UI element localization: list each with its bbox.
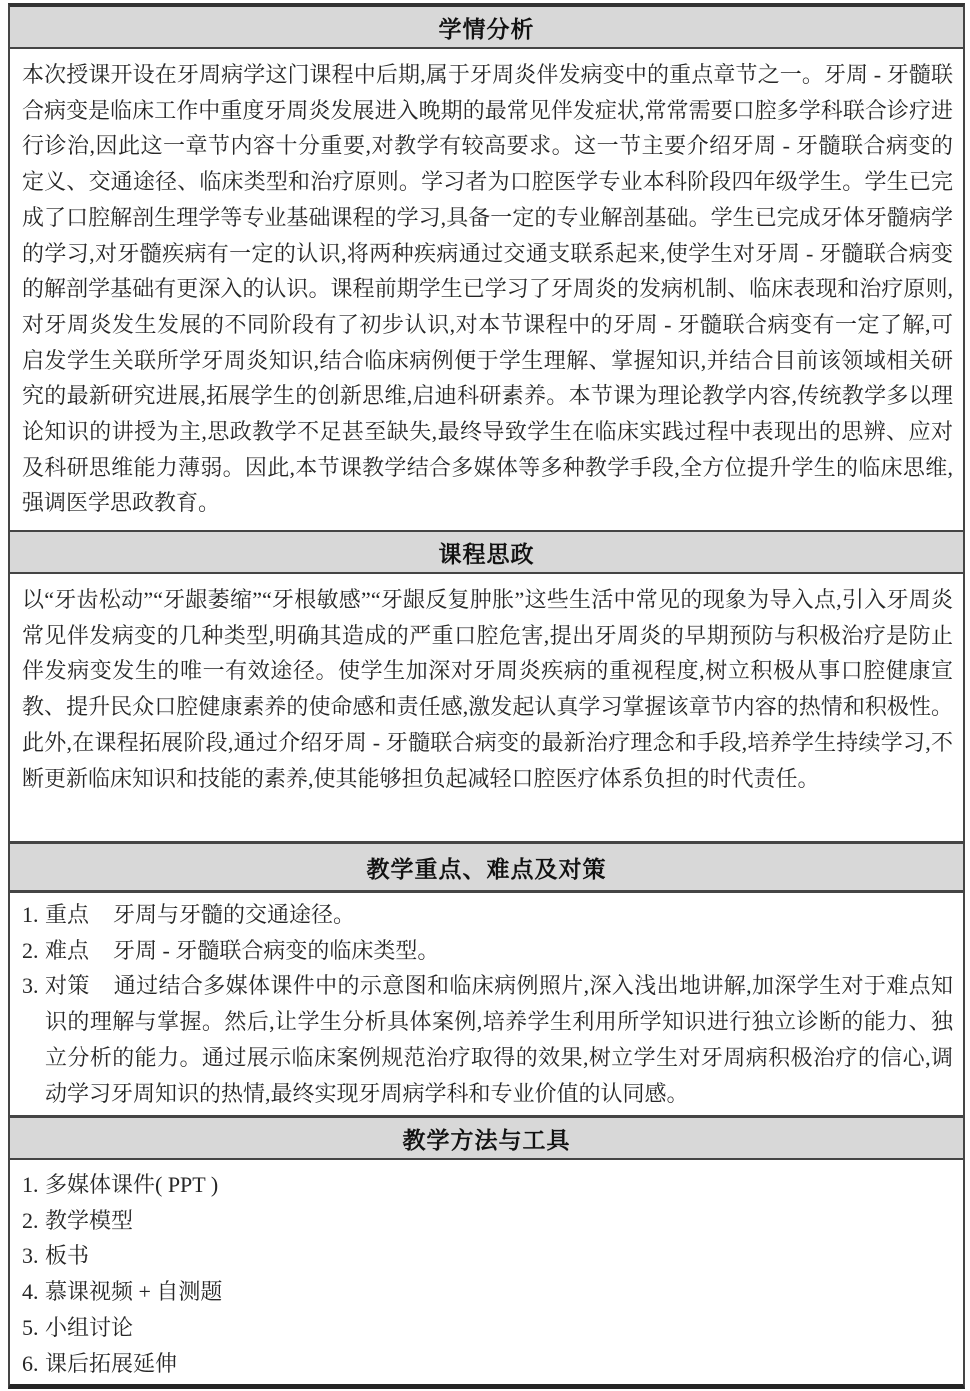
item-label: 重点 (45, 902, 89, 927)
list-item: 2. 难点牙周 - 牙髓联合病变的临床类型。 (22, 933, 953, 969)
item-number: 4. (22, 1274, 39, 1310)
list-item: 2.教学模型 (22, 1203, 953, 1239)
list-item: 6.课后拓展延伸 (22, 1346, 953, 1382)
item-number: 3. (22, 968, 39, 1004)
item-text: 多媒体课件( PPT ) (45, 1172, 218, 1197)
list-item: 5.小组讨论 (22, 1310, 953, 1346)
paragraph: 以“牙齿松动”“牙龈萎缩”“牙根敏感”“牙龈反复肿胀”这些生活中常见的现象为导入… (22, 582, 953, 796)
section-body-teaching-methods: 1.多媒体课件( PPT ) 2.教学模型 3.板书 4.慕课视频 + 自测题 … (10, 1160, 963, 1383)
section-title: 课程思政 (439, 536, 535, 569)
section-header-key-points: 教学重点、难点及对策 (10, 843, 963, 893)
item-text: 教学模型 (45, 1208, 133, 1233)
item-number: 6. (22, 1346, 39, 1382)
section-title: 教学重点、难点及对策 (367, 851, 607, 884)
section-header-teaching-methods: 教学方法与工具 (10, 1118, 963, 1160)
item-text: 通过结合多媒体课件中的示意图和临床病例照片,深入浅出地讲解,加深学生对于难点知识… (45, 973, 953, 1105)
item-number: 3. (22, 1238, 39, 1274)
item-number: 1. (22, 1167, 39, 1203)
list-item: 1.多媒体课件( PPT ) (22, 1167, 953, 1203)
section-header-course-ideology: 课程思政 (10, 532, 963, 574)
item-text: 牙周与牙髓的交通途径。 (113, 902, 355, 927)
item-number: 2. (22, 1203, 39, 1239)
list-item: 3.板书 (22, 1238, 953, 1274)
section-title: 学情分析 (439, 11, 535, 44)
item-number: 2. (22, 933, 39, 969)
item-label: 对策 (45, 973, 90, 998)
section-title: 教学方法与工具 (403, 1122, 571, 1155)
scanned-document-page: 学情分析 本次授课开设在牙周病学这门课程中后期,属于牙周炎伴发病变中的重点章节之… (0, 0, 970, 1391)
item-number: 5. (22, 1310, 39, 1346)
section-header-learner-analysis: 学情分析 (10, 7, 963, 49)
list-item: 4.慕课视频 + 自测题 (22, 1274, 953, 1310)
item-text: 小组讨论 (45, 1315, 133, 1340)
lesson-plan-table: 学情分析 本次授课开设在牙周病学这门课程中后期,属于牙周炎伴发病变中的重点章节之… (8, 3, 965, 1389)
section-body-key-points: 1. 重点牙周与牙髓的交通途径。 2. 难点牙周 - 牙髓联合病变的临床类型。 … (10, 893, 963, 1118)
paragraph: 本次授课开设在牙周病学这门课程中后期,属于牙周炎伴发病变中的重点章节之一。牙周 … (22, 57, 953, 521)
list-item: 3. 对策通过结合多媒体课件中的示意图和临床病例照片,深入浅出地讲解,加深学生对… (22, 968, 953, 1111)
section-body-learner-analysis: 本次授课开设在牙周病学这门课程中后期,属于牙周炎伴发病变中的重点章节之一。牙周 … (10, 49, 963, 532)
item-text: 牙周 - 牙髓联合病变的临床类型。 (113, 938, 439, 963)
item-number: 1. (22, 897, 39, 933)
item-text: 课后拓展延伸 (45, 1351, 177, 1376)
item-text: 慕课视频 + 自测题 (45, 1279, 222, 1304)
list-item: 1. 重点牙周与牙髓的交通途径。 (22, 897, 953, 933)
section-body-course-ideology: 以“牙齿松动”“牙龈萎缩”“牙根敏感”“牙龈反复肿胀”这些生活中常见的现象为导入… (10, 574, 963, 844)
item-text: 板书 (45, 1243, 89, 1268)
item-label: 难点 (45, 938, 89, 963)
